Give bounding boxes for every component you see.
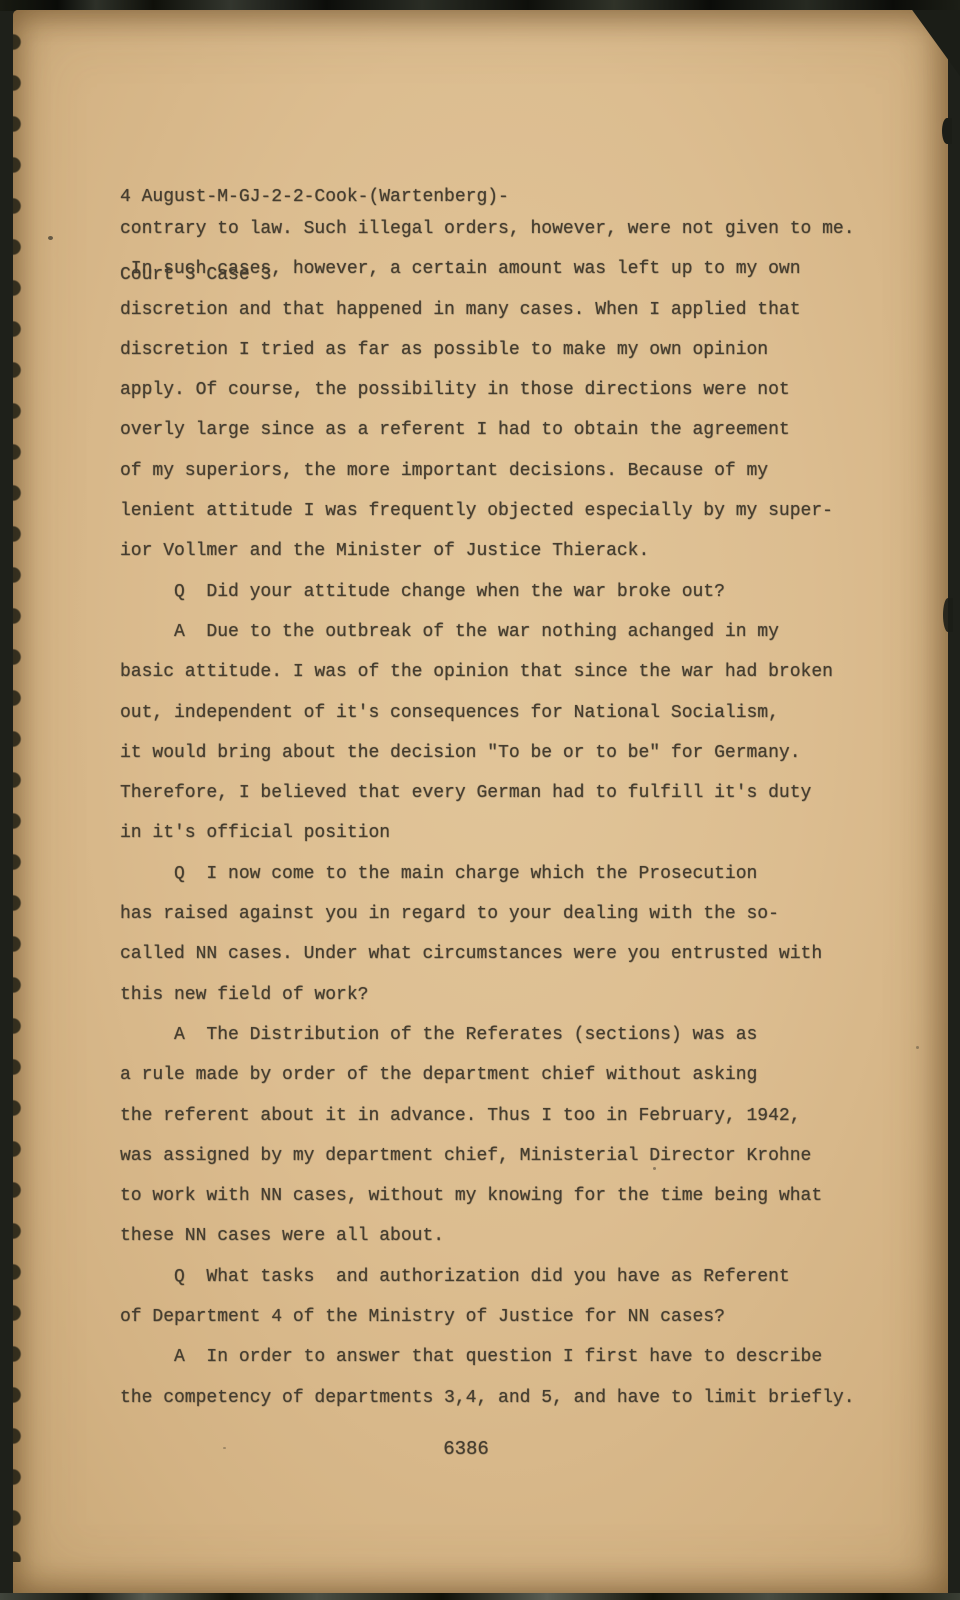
- paper-edge-notch: [942, 118, 952, 144]
- transcript-line: Q What tasks and authorization did you h…: [120, 1257, 855, 1297]
- transcript-line: of my superiors, the more important deci…: [120, 451, 855, 491]
- paper-speck: [916, 1046, 919, 1049]
- header-case-reference: 4 August-M-GJ-2-2-Cook-(Wartenberg)-: [120, 184, 509, 210]
- transcript-line: contrary to law. Such illegal orders, ho…: [120, 209, 855, 249]
- transcript-line: discretion I tried as far as possible to…: [120, 330, 855, 370]
- paper-edge-notch: [943, 598, 953, 632]
- transcript-line: has raised against you in regard to your…: [120, 894, 855, 934]
- transcript-line: Q Did your attitude change when the war …: [120, 572, 855, 612]
- sprocket-hole-shadows: [13, 22, 28, 1562]
- transcript-line: the referent about it in advance. Thus I…: [120, 1096, 855, 1136]
- transcript-line: to work with NN cases, without my knowin…: [120, 1176, 855, 1216]
- transcript-line: In such cases, however, a certain amount…: [120, 249, 855, 289]
- transcript-line: called NN cases. Under what circumstance…: [120, 934, 855, 974]
- transcript-line: A Due to the outbreak of the war nothing…: [120, 612, 855, 652]
- transcript-line: apply. Of course, the possibility in tho…: [120, 370, 855, 410]
- transcript-line: overly large since as a referent I had t…: [120, 410, 855, 450]
- transcript-line: lenient attitude I was frequently object…: [120, 491, 855, 531]
- transcript-line: of Department 4 of the Ministry of Justi…: [120, 1297, 855, 1337]
- transcript-line: A In order to answer that question I fir…: [120, 1337, 855, 1377]
- transcript-body: contrary to law. Such illegal orders, ho…: [120, 209, 855, 1418]
- transcript-line: a rule made by order of the department c…: [120, 1055, 855, 1095]
- transcript-line: these NN cases were all about.: [120, 1216, 855, 1256]
- transcript-line: it would bring about the decision "To be…: [120, 733, 855, 773]
- transcript-line: ior Vollmer and the Minister of Justice …: [120, 531, 855, 571]
- transcript-line: discretion and that happened in many cas…: [120, 290, 855, 330]
- transcript-line: A The Distribution of the Referates (sec…: [120, 1015, 855, 1055]
- transcript-line: out, independent of it's consequences fo…: [120, 693, 855, 733]
- transcript-line: the competency of departments 3,4, and 5…: [120, 1378, 855, 1418]
- transcript-line: basic attitude. I was of the opinion tha…: [120, 652, 855, 692]
- transcript-line: this new field of work?: [120, 975, 855, 1015]
- paper-speck: [48, 236, 53, 240]
- transcript-line: in it's official position: [120, 813, 855, 853]
- transcript-line: was assigned by my department chief, Min…: [120, 1136, 855, 1176]
- film-border-bottom: [0, 1593, 960, 1600]
- scanned-transcript-screen: 4 August-M-GJ-2-2-Cook-(Wartenberg)- Cou…: [0, 0, 960, 1600]
- page-number: 6386: [0, 1438, 932, 1460]
- transcript-line: Therefore, I believed that every German …: [120, 773, 855, 813]
- transcript-line: Q I now come to the main charge which th…: [120, 854, 855, 894]
